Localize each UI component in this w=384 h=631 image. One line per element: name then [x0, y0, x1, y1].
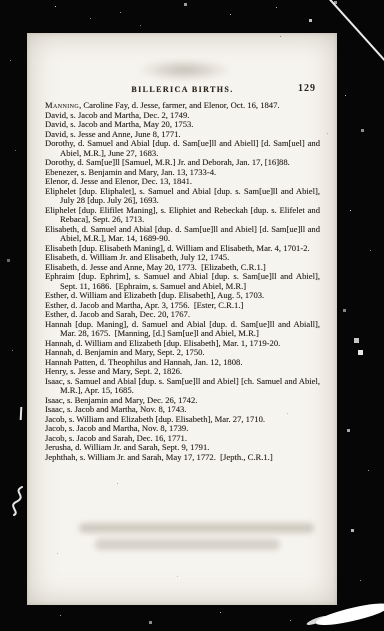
entry-text: Dorothy, d. Sam[ue]ll [Samuel, M.R.] Jr.…: [45, 157, 290, 167]
entry-text: Esther, d. Jacob and Sarah, Dec. 20, 176…: [45, 309, 190, 319]
paper-speck-noise: [27, 33, 28, 34]
entry-text: Esther, d. William and Elizabeth [dup. E…: [45, 290, 264, 300]
entry-text: Jerusha, d. William Jr. and Sarah, Sept.…: [45, 442, 209, 452]
entry-text: Isaac, s. Jacob and Martha, Nov. 8, 1743…: [45, 404, 186, 414]
birth-entry: Dorothy, d. Samuel and Abial [dup. d. Sa…: [45, 139, 320, 158]
entry-text: Dorothy, d. Samuel and Abial [dup. d. Sa…: [45, 138, 320, 158]
entry-text: Elisabeth [dup. Elisabeth Maning], d. Wi…: [45, 243, 310, 253]
entry-text: David, s. Jacob and Martha, May 20, 1753…: [45, 119, 193, 129]
entry-text: Henry, s. Jesse and Mary, Sept. 2, 1826.: [45, 366, 182, 376]
entry-text: Ebenezer, s. Benjamin and Mary, Jan. 13,…: [45, 167, 216, 177]
entry-text: Isaac, s. Samuel and Abial [dup. s. Sam[…: [45, 376, 320, 396]
birth-entry: Hannah [dup. Maning], d. Samuel and Abia…: [45, 320, 320, 339]
entry-text: , Caroline Fay, d. Jesse, farmer, and El…: [79, 100, 279, 110]
entry-text: Esther, d. Jacob and Martha, Apr. 3, 175…: [45, 300, 243, 310]
entry-text: Hannah, d. Benjamin and Mary, Sept. 2, 1…: [45, 347, 205, 357]
scan-bed-noise-specks: [0, 0, 1, 1]
birth-entry: Ephraim [dup. Ephrim], s. Samuel and Abi…: [45, 272, 320, 291]
entry-text: Jacob, s. William and Elizabeth [dup. El…: [45, 414, 265, 424]
page-header: BILLERICA BIRTHS. 129: [45, 85, 320, 97]
entry-text: Jephthah, s. William Jr. and Sarah, May …: [45, 452, 273, 462]
birth-entry: Eliphelet [dup. Elifilet Maning], s. Eli…: [45, 206, 320, 225]
ink-bleed-smudge-bottom-1: [79, 523, 314, 533]
entry-text: Eliphelet [dup. Eliphalet], s. Samuel an…: [45, 186, 320, 206]
birth-entry: Eliphelet [dup. Eliphalet], s. Samuel an…: [45, 187, 320, 206]
entry-text: Elenor, d. Jesse and Elenor, Dec. 13, 18…: [45, 176, 192, 186]
ink-bleed-smudge-top: [137, 59, 232, 81]
book-page: BILLERICA BIRTHS. 129 Manning, Caroline …: [27, 33, 337, 605]
entry-text: Hannah Patten, d. Theophilus and Hannah,…: [45, 357, 242, 367]
entry-text: David, s. Jesse and Anne, June 8, 1771.: [45, 129, 181, 139]
running-head-title: BILLERICA BIRTHS.: [45, 85, 320, 94]
entry-text: Jacob, s. Jacob and Martha, Nov. 8, 1739…: [45, 423, 188, 433]
left-margin-tick-mark: [20, 407, 23, 420]
entry-text: Isaac, s. Benjamin and Mary, Dec. 26, 17…: [45, 395, 197, 405]
entry-text: Jacob, s. Jacob and Sarah, Dec. 16, 1771…: [45, 433, 187, 443]
entry-text: Hannah, d. William and Elizabeth [dup. E…: [45, 338, 280, 348]
entry-surname: Manning: [45, 100, 79, 110]
entry-text: Elisabeth, d. Samuel and Abial [dup. d. …: [45, 224, 320, 244]
birth-entry: Jephthah, s. William Jr. and Sarah, May …: [45, 453, 320, 463]
page-number: 129: [298, 83, 316, 94]
entry-text: Ephraim [dup. Ephrim], s. Samuel and Abi…: [45, 271, 320, 291]
birth-entry: Isaac, s. Samuel and Abial [dup. s. Sam[…: [45, 377, 320, 396]
scanned-book-page: BILLERICA BIRTHS. 129 Manning, Caroline …: [0, 0, 384, 631]
entry-text: Eliphelet [dup. Elifilet Maning], s. Eli…: [45, 205, 320, 225]
left-margin-squiggle-mark: [5, 485, 31, 517]
birth-entry: Elisabeth, d. Samuel and Abial [dup. d. …: [45, 225, 320, 244]
entry-text: Elisabeth, d. Jesse and Anne, May 20, 17…: [45, 262, 266, 272]
birth-entries-list: Manning, Caroline Fay, d. Jesse, farmer,…: [45, 101, 320, 462]
entry-text: Elisabeth, d. William Jr. and Elisabeth,…: [45, 252, 229, 262]
entry-text: Hannah [dup. Maning], d. Samuel and Abia…: [45, 319, 320, 339]
entry-text: David, s. Jacob and Martha, Dec. 2, 1749…: [45, 110, 189, 120]
ink-bleed-smudge-bottom-2: [95, 539, 280, 550]
